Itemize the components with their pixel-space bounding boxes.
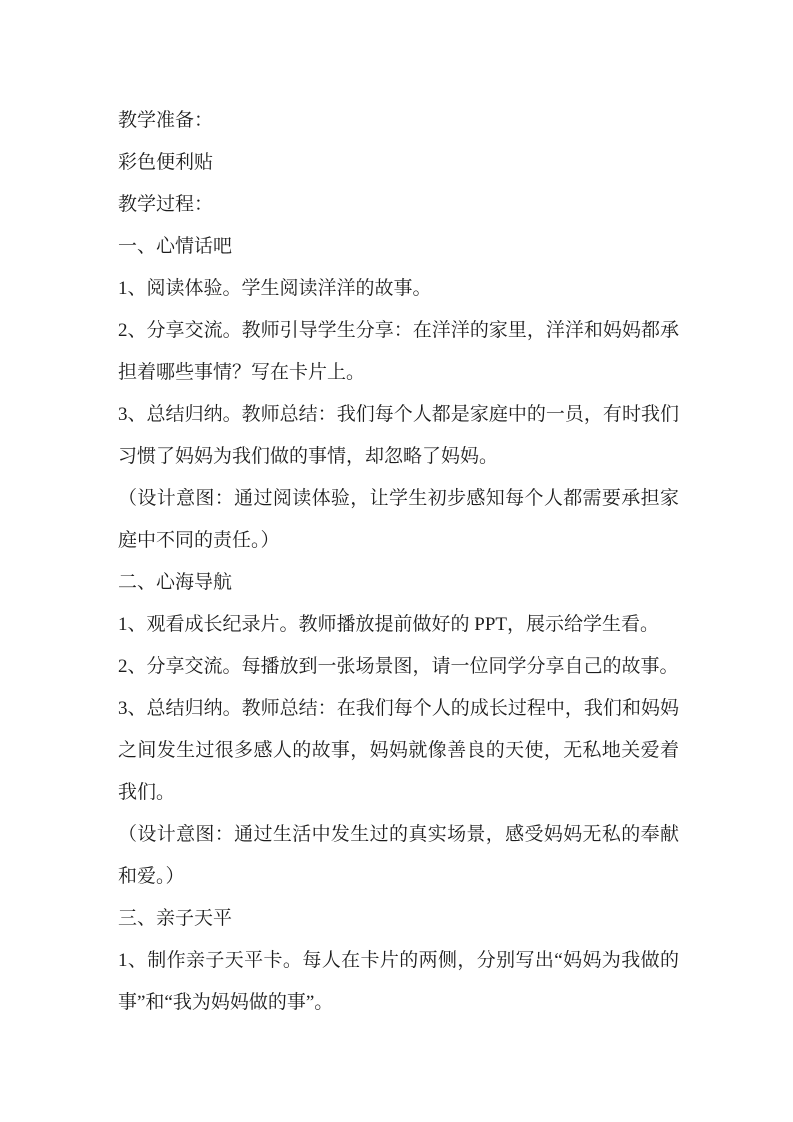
paragraph-section2-item2: 2、分享交流。每播放到一张场景图，请一位同学分享自己的故事。 bbox=[118, 646, 679, 688]
paragraph-section2-design-intent: （设计意图：通过生活中发生过的真实场景，感受妈妈无私的奉献和爱。） bbox=[118, 814, 679, 898]
heading-teaching-preparation: 教学准备： bbox=[118, 100, 679, 142]
paragraph-section1-item3: 3、总结归纳。教师总结：我们每个人都是家庭中的一员，有时我们习惯了妈妈为我们做的… bbox=[118, 394, 679, 478]
heading-section-2: 二、心海导航 bbox=[118, 562, 679, 604]
document-page: 教学准备： 彩色便利贴 教学过程： 一、心情话吧 1、阅读体验。学生阅读洋洋的故… bbox=[0, 0, 793, 1122]
paragraph-materials: 彩色便利贴 bbox=[118, 142, 679, 184]
paragraph-section2-item3: 3、总结归纳。教师总结：在我们每个人的成长过程中，我们和妈妈之间发生过很多感人的… bbox=[118, 688, 679, 814]
paragraph-section1-item2: 2、分享交流。教师引导学生分享：在洋洋的家里，洋洋和妈妈都承担着哪些事情？写在卡… bbox=[118, 310, 679, 394]
paragraph-section1-design-intent: （设计意图：通过阅读体验，让学生初步感知每个人都需要承担家庭中不同的责任。） bbox=[118, 478, 679, 562]
heading-section-1: 一、心情话吧 bbox=[118, 226, 679, 268]
document-body: 教学准备： 彩色便利贴 教学过程： 一、心情话吧 1、阅读体验。学生阅读洋洋的故… bbox=[118, 100, 679, 1024]
heading-section-3: 三、亲子天平 bbox=[118, 898, 679, 940]
heading-teaching-process: 教学过程： bbox=[118, 184, 679, 226]
paragraph-section1-item1: 1、阅读体验。学生阅读洋洋的故事。 bbox=[118, 268, 679, 310]
paragraph-section2-item1: 1、观看成长纪录片。教师播放提前做好的 PPT，展示给学生看。 bbox=[118, 604, 679, 646]
paragraph-section3-item1: 1、制作亲子天平卡。每人在卡片的两侧，分别写出“妈妈为我做的事”和“我为妈妈做的… bbox=[118, 940, 679, 1024]
